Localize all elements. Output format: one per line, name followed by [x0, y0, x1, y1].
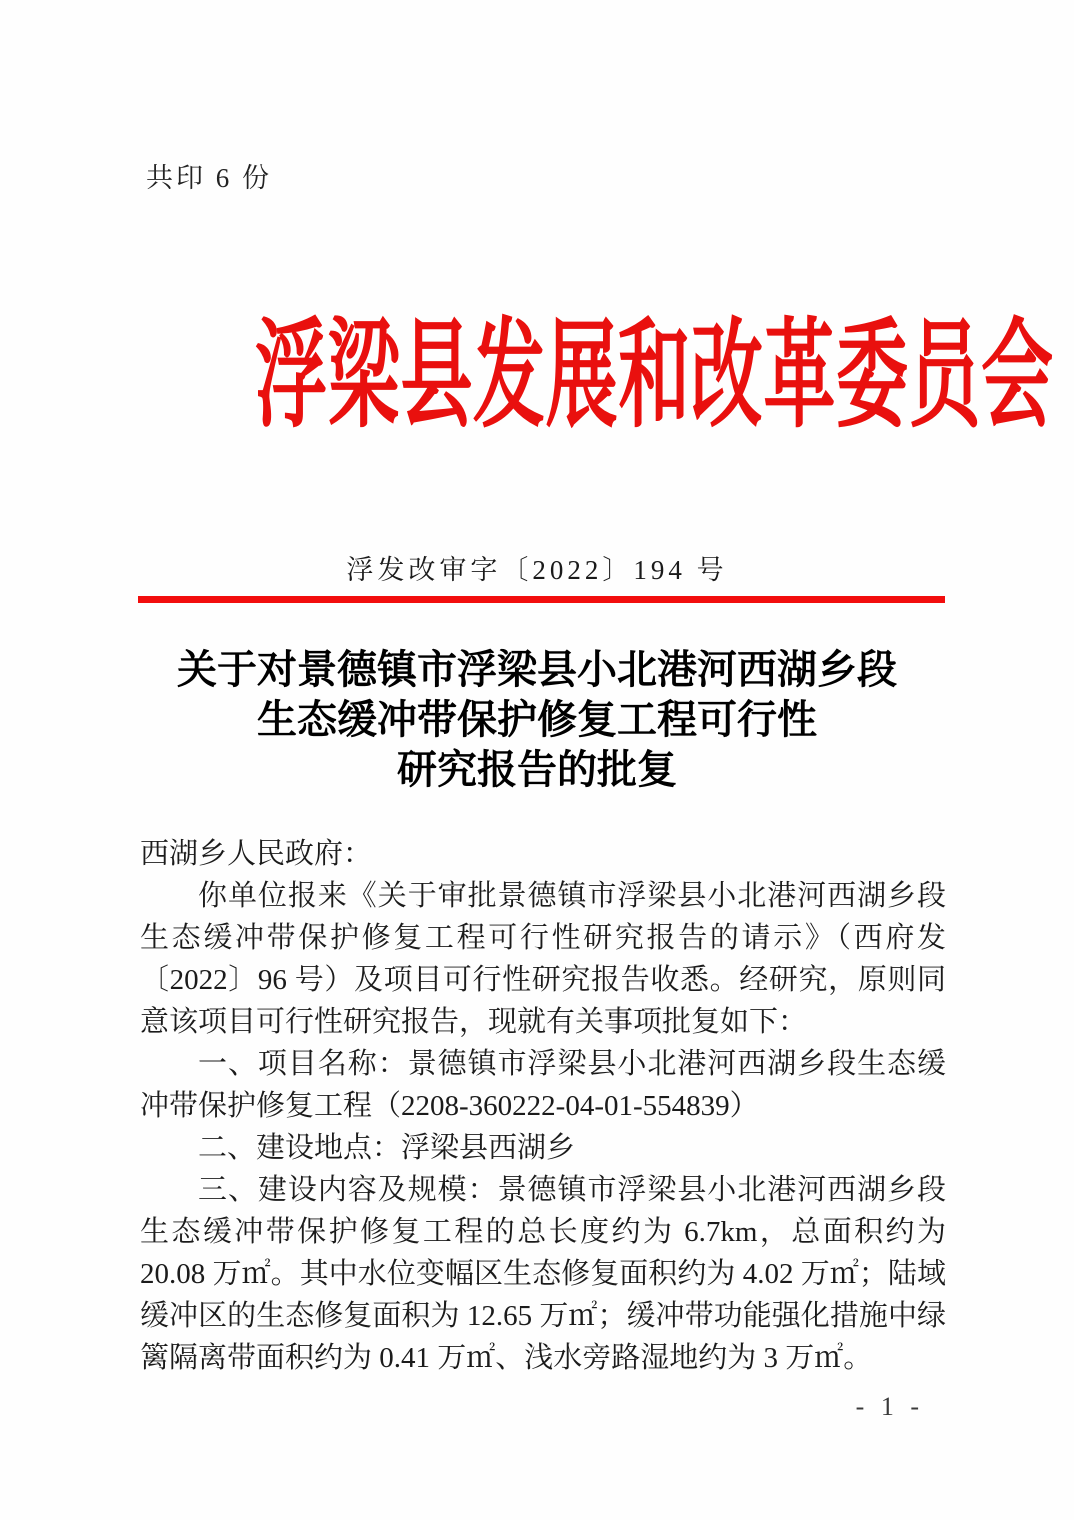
body-paragraph-2: 一、项目名称：景德镇市浮梁县小北港河西湖乡段生态缓冲带保护修复工程（2208-3…: [140, 1043, 946, 1127]
salutation: 西湖乡人民政府：: [140, 833, 946, 875]
copies-note: 共印 6 份: [146, 156, 272, 195]
document-body: 西湖乡人民政府： 你单位报来《关于审批景德镇市浮梁县小北港河西湖乡段生态缓冲带保…: [140, 833, 946, 1379]
document-number: 浮发改审字〔2022〕194 号: [0, 548, 1074, 587]
document-page: 共印 6 份 浮梁县发展和改革委员会 浮发改审字〔2022〕194 号 关于对景…: [0, 0, 1074, 1520]
masthead-title: 浮梁县发展和改革委员会: [255, 314, 1053, 439]
document-title: 关于对景德镇市浮梁县小北港河西湖乡段 生态缓冲带保护修复工程可行性 研究报告的批…: [0, 645, 1074, 795]
title-line-3: 研究报告的批复: [0, 745, 1074, 795]
body-paragraph-4: 三、建设内容及规模：景德镇市浮梁县小北港河西湖乡段生态缓冲带保护修复工程的总长度…: [140, 1169, 946, 1379]
agency-masthead: 浮梁县发展和改革委员会: [0, 314, 1074, 439]
page-number: - 1 -: [856, 1392, 924, 1422]
body-paragraph-3: 二、建设地点：浮梁县西湖乡: [140, 1127, 946, 1169]
body-paragraph-1: 你单位报来《关于审批景德镇市浮梁县小北港河西湖乡段生态缓冲带保护修复工程可行性研…: [140, 875, 946, 1043]
title-line-1: 关于对景德镇市浮梁县小北港河西湖乡段: [0, 645, 1074, 695]
red-divider: [138, 596, 945, 603]
title-line-2: 生态缓冲带保护修复工程可行性: [0, 695, 1074, 745]
